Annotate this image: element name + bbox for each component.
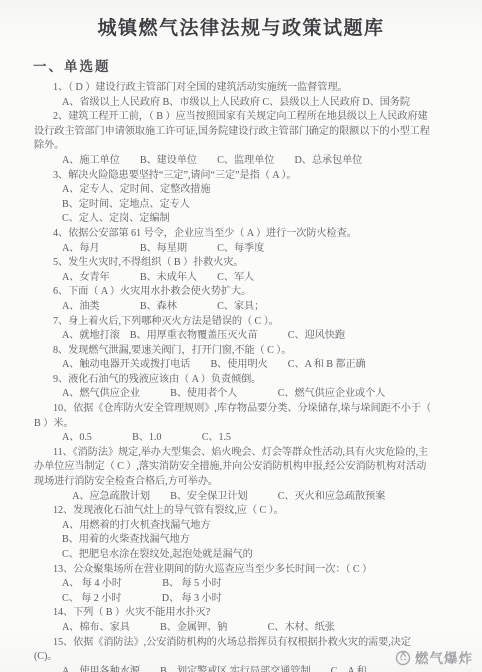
- option-line: A、用燃着的打火机查找漏气地方: [34, 519, 434, 534]
- question-stem: 15、依据《消防法》,公安消防机构的火场总指挥员有权根据扑救火灾的需要,决定(C…: [34, 636, 434, 665]
- option-line: A、应急疏散计划 B、安全保卫计划 C、灭火和应急疏散预案: [34, 490, 434, 505]
- option-line: A、省级以上人民政府 B、市级以上人民政府 C、县级以上人民政府 D、国务院: [34, 96, 434, 111]
- question-stem: 5、发生火灾时,不得组织（ B ）扑救火灾。: [34, 256, 434, 271]
- option-line: A、每月 B、每星期 C、每季度: [34, 242, 434, 257]
- option-line: A、 每 4 小时 B、 每 5 小时: [34, 577, 434, 592]
- question-item: 15、依据《消防法》,公安消防机构的火场总指挥员有权根据扑救火灾的需要,决定(C…: [34, 636, 434, 672]
- question-stem: 13、公众聚集场所在营业期间的防火巡查应当至少多长时间一次：（ C ）: [34, 563, 434, 578]
- question-list: 1、（ D ）建设行政主管部门对全国的建筑活动实施统一监督管理。A、省级以上人民…: [0, 81, 482, 672]
- question-stem: 10、依据《仓库防火安全管理规则》,库存物品要分类、分垛储存,垛与垛间距不小于（…: [34, 402, 434, 431]
- option-line: A、燃气供应企业 B、使用者个人 C、燃气供应企业或个人: [34, 387, 434, 402]
- option-line: C、 每 2 小时 D、 每 3 小时: [34, 592, 434, 607]
- question-stem: 1、（ D ）建设行政主管部门对全国的建筑活动实施统一监督管理。: [34, 81, 434, 96]
- option-line: A、棉布、家具 B、金属钾、钠 C、木材、纸张: [34, 621, 434, 636]
- question-stem: 6、下面（ A ）火灾用水扑救会使火势扩大。: [34, 285, 434, 300]
- question-stem: 3、解决火险隐患要坚持“三定”,请问“三定”是指（ A ）。: [34, 169, 434, 184]
- question-item: 10、依据《仓库防火安全管理规则》,库存物品要分类、分垛储存,垛与垛间距不小于（…: [34, 402, 434, 446]
- question-stem: 11、《消防法》规定,举办大型集会、焰火晚会、灯会等群众性活动,具有火灾危险的,…: [34, 446, 434, 490]
- question-stem: 7、身上着火后,下列哪种灭火方法是错误的（ C ）。: [34, 315, 434, 330]
- document-page: 城镇燃气法律法规与政策试题库 一、单选题 1、（ D ）建设行政主管部门对全国的…: [0, 0, 482, 672]
- question-item: 6、下面（ A ）火灾用水扑救会使火势扩大。A、油类 B、森林 C、家具；: [34, 285, 434, 314]
- question-item: 1、（ D ）建设行政主管部门对全国的建筑活动实施统一监督管理。A、省级以上人民…: [34, 81, 434, 110]
- question-stem: 12、发现液化石油气灶上的导气管有裂纹,应（ C ）。: [34, 504, 434, 519]
- option-line: A、施工单位 B、建设单位 C、监理单位 D、总承包单位: [34, 154, 434, 169]
- option-line: C、把肥皂水涂在裂纹处,起泡处就是漏气的: [34, 548, 434, 563]
- question-item: 8、发现燃气泄漏,要速关阀门，打开门窗,不能（ C ）。A、触动电器开关或拨打电…: [34, 344, 434, 373]
- question-item: 13、公众聚集场所在营业期间的防火巡查应当至少多长时间一次：（ C ）A、 每 …: [34, 563, 434, 607]
- option-line: A、就地打滚 B、用厚重衣物覆盖压灭火苗 C、迎风快跑: [34, 329, 434, 344]
- question-stem: 8、发现燃气泄漏,要速关阀门，打开门窗,不能（ C ）。: [34, 344, 434, 359]
- option-line: A、触动电器开关或拨打电话 B、使用明火 C、A 和 B 都正确: [34, 358, 434, 373]
- question-item: 9、液化石油气的残液应该由（ A ）负责倾倒。A、燃气供应企业 B、使用者个人 …: [34, 373, 434, 402]
- question-item: 11、《消防法》规定,举办大型集会、焰火晚会、灯会等群众性活动,具有火灾危险的,…: [34, 446, 434, 504]
- question-stem: 9、液化石油气的残液应该由（ A ）负责倾倒。: [34, 373, 434, 388]
- question-stem: 4、依据公安部第 61 号令，企业应当至少（ A ）进行一次防火检查。: [34, 227, 434, 242]
- question-item: 4、依据公安部第 61 号令，企业应当至少（ A ）进行一次防火检查。A、每月 …: [34, 227, 434, 256]
- option-line: A、0.5 B、1.0 C、1.5: [34, 431, 434, 446]
- option-line: B、定时间、定地点、定专人: [34, 198, 434, 213]
- question-item: 14、下列（ B ）火灾不能用水扑灭?A、棉布、家具 B、金属钾、钠 C、木材、…: [34, 606, 434, 635]
- question-item: 7、身上着火后,下列哪种灭火方法是错误的（ C ）。A、就地打滚 B、用厚重衣物…: [34, 315, 434, 344]
- option-line: A、女青年 B、未成年人 C、军人: [34, 271, 434, 286]
- question-stem: 14、下列（ B ）火灾不能用水扑灭?: [34, 606, 434, 621]
- question-item: 3、解决火险隐患要坚持“三定”,请问“三定”是指（ A ）。A、定专人、定时间、…: [34, 169, 434, 227]
- option-line: A、使用各种水源 B、划定警戒区,实行局部交通管制 C、A 和: [34, 665, 434, 672]
- option-line: B、用着的火柴查找漏气地方: [34, 533, 434, 548]
- page-title: 城镇燃气法律法规与政策试题库: [0, 0, 482, 40]
- question-item: 12、发现液化石油气灶上的导气管有裂纹,应（ C ）。A、用燃着的打火机查找漏气…: [34, 504, 434, 562]
- question-stem: 2、建筑工程开工前，（ B ）应当按照国家有关规定向工程所在地县级以上人民政府建…: [34, 110, 434, 154]
- option-line: A、油类 B、森林 C、家具；: [34, 300, 434, 315]
- option-line: C、定人、定岗、定编制: [34, 212, 434, 227]
- question-item: 5、发生火灾时,不得组织（ B ）扑救火灾。A、女青年 B、未成年人 C、军人: [34, 256, 434, 285]
- question-item: 2、建筑工程开工前，（ B ）应当按照国家有关规定向工程所在地县级以上人民政府建…: [34, 110, 434, 168]
- section-heading: 一、单选题: [33, 55, 482, 75]
- option-line: A、定专人、定时间、定整改措施: [34, 183, 434, 198]
